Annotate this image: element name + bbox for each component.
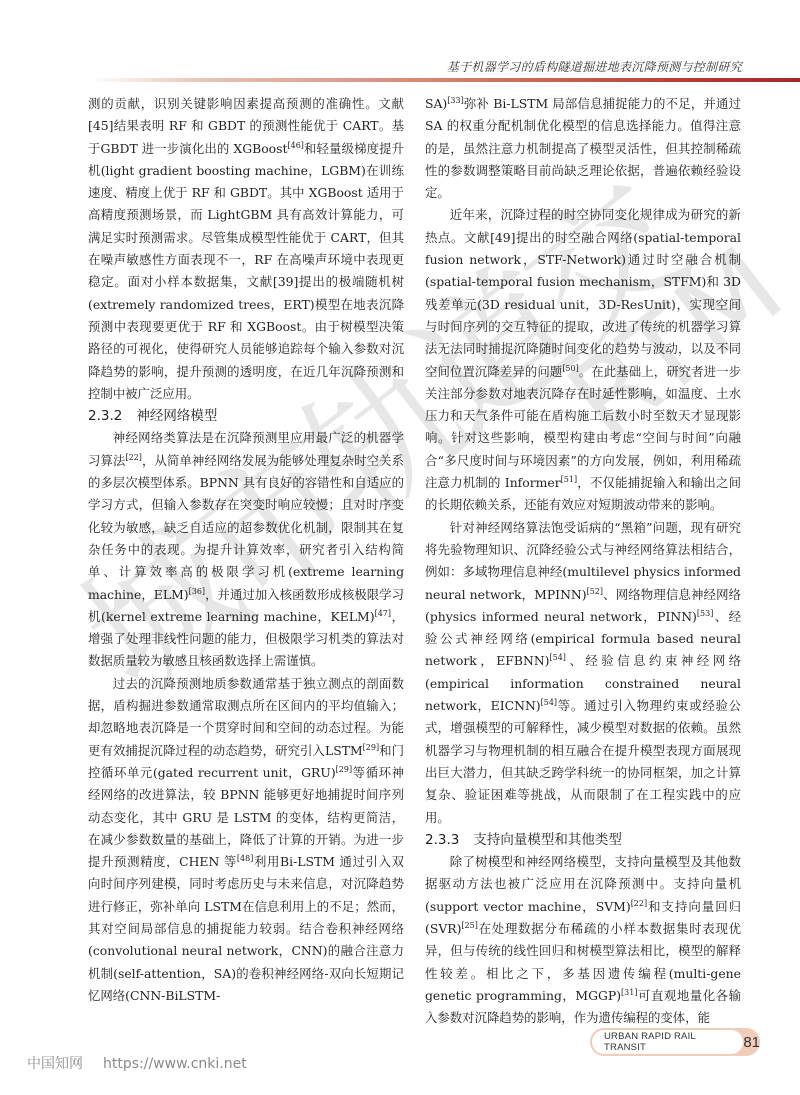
citation[interactable]: [51] <box>561 475 577 484</box>
citation[interactable]: [53] <box>697 609 713 618</box>
paragraph-physics-informed: 针对神经网络算法饱受诟病的“黑箱”问题，现有研究将先验物理知识、沉降经验公式与神… <box>425 517 741 829</box>
citation[interactable]: [29] <box>363 742 379 751</box>
citation[interactable]: [33] <box>447 96 463 105</box>
cnki-footer: 中国知网https://www.cnki.net <box>27 1053 247 1073</box>
citation[interactable]: [25] <box>461 921 477 930</box>
cnki-url[interactable]: https://www.cnki.net <box>103 1056 247 1072</box>
citation[interactable]: [36] <box>189 586 205 595</box>
right-column: SA)[33]弥补 Bi-LSTM 局部信息捕捉能力的不足，并通过 SA 的权重… <box>425 93 741 1029</box>
cnki-label: 中国知网 <box>27 1056 83 1072</box>
paragraph-attention: SA)[33]弥补 Bi-LSTM 局部信息捕捉能力的不足，并通过 SA 的权重… <box>425 93 741 204</box>
citation[interactable]: [54] <box>541 698 557 707</box>
running-title: 基于机器学习的盾构隧道掘进地表沉降预测与控制研究 <box>447 58 742 75</box>
section-heading-2-3-3: 2.3.3支持向量模型和其他类型 <box>425 829 741 851</box>
citation[interactable]: [47] <box>375 609 391 618</box>
citation[interactable]: [54] <box>550 653 566 662</box>
left-column: 测的贡献，识别关键影响因素提高预测的准确性。文献[45]结果表明 RF 和 GB… <box>88 93 404 1007</box>
citation[interactable]: [52] <box>587 586 603 595</box>
paragraph-recurrent-networks: 过去的沉降预测地质参数通常基于独立测点的剖面数据，盾构掘进参数通常取测点所在区间… <box>88 673 404 1007</box>
citation[interactable]: [22] <box>631 899 647 908</box>
paragraph-neural-networks: 神经网络类算法是在沉降预测里应用最广泛的机器学习算法[22]，从简单神经网络发展… <box>88 427 404 672</box>
header-accent-bar <box>90 78 800 82</box>
citation[interactable]: [22] <box>125 453 141 462</box>
journal-footer-badge: URBAN RAPID RAIL TRANSIT 81 <box>590 1028 760 1056</box>
citation[interactable]: [29] <box>336 765 352 774</box>
paragraph-spatiotemporal: 近年来，沉降过程的时空协同变化规律成为研究的新热点。文献[49]提出的时空融合网… <box>425 204 741 516</box>
journal-name: URBAN RAPID RAIL TRANSIT <box>592 1030 743 1054</box>
section-heading-2-3-2: 2.3.2神经网络模型 <box>88 405 404 427</box>
citation[interactable]: [46] <box>287 140 303 149</box>
citation[interactable]: [31] <box>621 988 637 997</box>
page-number: 81 <box>743 1034 760 1051</box>
paragraph-svm-others: 除了树模型和神经网络模型，支持向量模型及其他数据驱动方法也被广泛应用在沉降预测中… <box>425 851 741 1029</box>
citation[interactable]: [50] <box>562 363 578 372</box>
citation[interactable]: [48] <box>237 854 253 863</box>
paragraph-tree-models: 测的贡献，识别关键影响因素提高预测的准确性。文献[45]结果表明 RF 和 GB… <box>88 93 404 405</box>
